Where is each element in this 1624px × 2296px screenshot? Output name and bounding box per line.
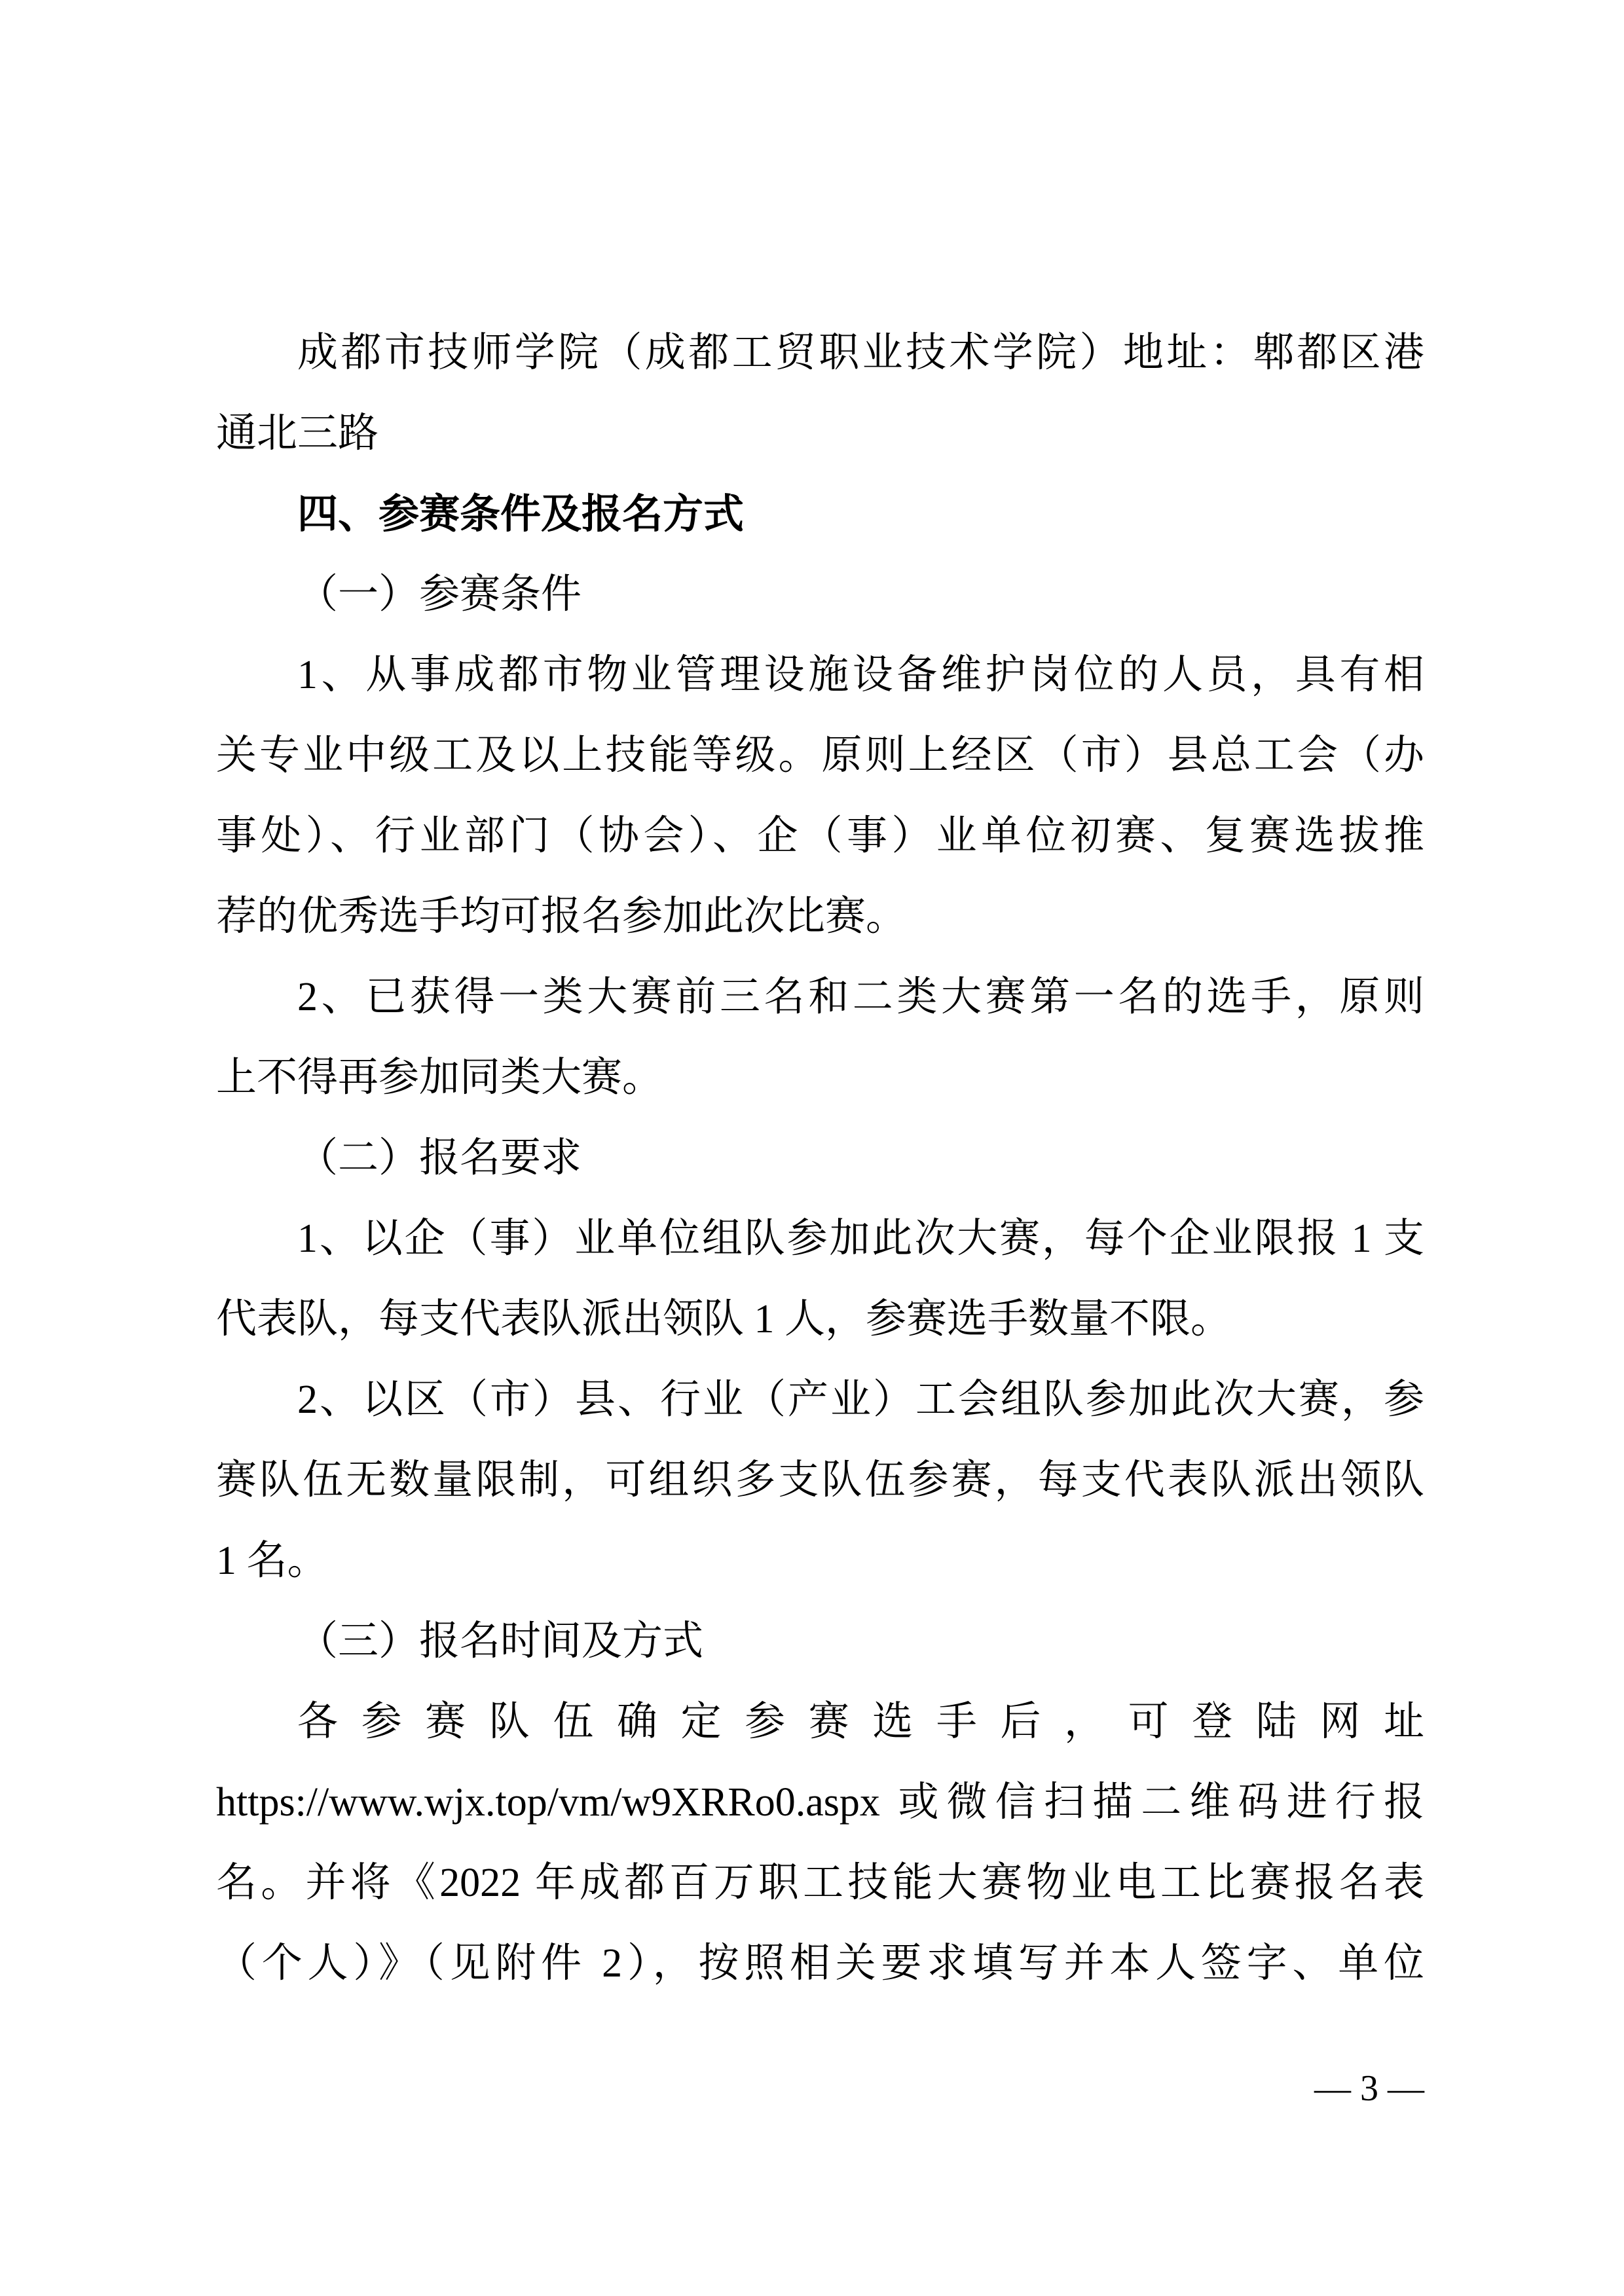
body-line: （个人）》（见附件 2），按照相关要求填写并本人签字、单位 [216,1923,1424,2004]
subsection-heading: （一）参赛条件 [216,555,1424,635]
document-body: 成都市技师学院（成都工贸职业技术学院）地址：郫都区港通北三路四、参赛条件及报名方… [216,313,1424,2004]
subsection-heading: （三）报名时间及方式 [216,1601,1424,1682]
body-line: 上不得再参加同类大赛。 [216,1038,1424,1118]
registration-url-line: https://www.wjx.top/vm/w9XRRo0.aspx 或微信扫… [216,1762,1424,1843]
section-heading: 四、参赛条件及报名方式 [216,474,1424,555]
body-line: 关专业中级工及以上技能等级。原则上经区（市）县总工会（办 [216,716,1424,796]
body-line: 事处）、行业部门（协会）、企（事）业单位初赛、复赛选拔推 [216,796,1424,877]
body-line: 1、从事成都市物业管理设施设备维护岗位的人员，具有相 [216,635,1424,716]
body-line: 2、已获得一类大赛前三名和二类大赛第一名的选手，原则 [216,957,1424,1038]
body-line: 通北三路 [216,393,1424,474]
body-line: 荐的优秀选手均可报名参加此次比赛。 [216,877,1424,957]
body-line: 成都市技师学院（成都工贸职业技术学院）地址：郫都区港 [216,313,1424,393]
body-line: 1 名。 [216,1521,1424,1601]
subsection-heading: （二）报名要求 [216,1118,1424,1199]
body-line: 各参赛队伍确定参赛选手后，可登陆网址 [216,1682,1424,1762]
page-number-text: — 3 — [1314,2068,1424,2109]
body-line: 代表队，每支代表队派出领队 1 人，参赛选手数量不限。 [216,1279,1424,1360]
body-line: 1、以企（事）业单位组队参加此次大赛，每个企业限报 1 支 [216,1199,1424,1279]
document-page: 成都市技师学院（成都工贸职业技术学院）地址：郫都区港通北三路四、参赛条件及报名方… [0,0,1624,2296]
body-line: 名。并将《2022 年成都百万职工技能大赛物业电工比赛报名表 [216,1843,1424,1923]
page-number: — 3 — [1314,2062,1424,2115]
body-line: 2、以区（市）县、行业（产业）工会组队参加此次大赛，参 [216,1360,1424,1440]
body-line: 赛队伍无数量限制，可组织多支队伍参赛，每支代表队派出领队 [216,1440,1424,1521]
